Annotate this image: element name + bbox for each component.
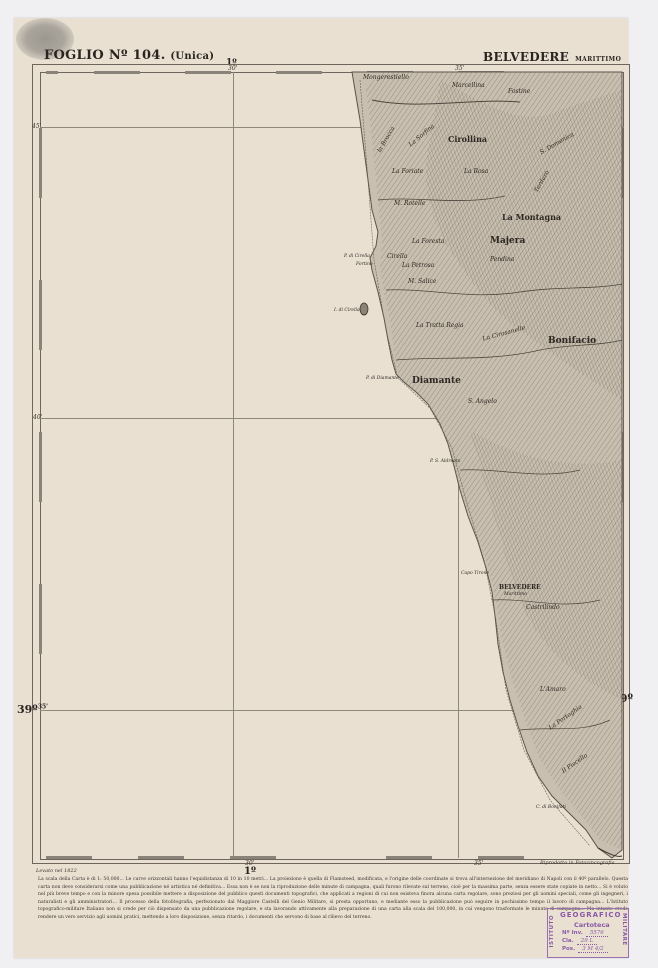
left-lat-39: 39º35' <box>17 703 48 716</box>
place-label: P. S. Aldreato <box>430 459 460 464</box>
sheet-note: (Unica) <box>170 51 214 62</box>
map-title-sub: MARITTIMO <box>575 56 621 63</box>
inventory-stamp: GEOGRAFICO Cartoteca ISTITUTO MILITARE N… <box>547 908 629 958</box>
place-label: Capo Tirone <box>461 571 489 576</box>
stamp-left-side: ISTITUTO <box>549 915 555 947</box>
parallel-40 <box>40 418 624 419</box>
place-label: P. di Cirella <box>344 254 370 259</box>
scale-bar <box>46 71 58 74</box>
stamp-top: GEOGRAFICO <box>560 911 622 919</box>
place-label: La Montagna <box>502 212 561 222</box>
scale-bar <box>386 856 432 859</box>
right-lat-45: 45' <box>600 118 609 125</box>
scale-bar <box>138 856 184 859</box>
town-label: Bonifacio <box>548 336 596 346</box>
sheet-label: FOGLIO <box>44 48 104 63</box>
left-lat-45: 45' <box>32 123 41 130</box>
place-label: La Tratta Regia <box>416 322 464 329</box>
top-minutes-left: 30' <box>228 65 237 72</box>
place-label: La Foresta <box>412 238 444 245</box>
place-label: La Foriate <box>392 168 423 175</box>
place-label: Cirollina <box>448 134 487 144</box>
stamp-cla-row: Cla.29 L <box>562 938 597 944</box>
meridian-30 <box>233 72 234 858</box>
map-explanatory-notes: La scala della Carta è di 1: 50,000... L… <box>38 876 628 921</box>
place-label: Mongerestiello <box>363 74 409 81</box>
scale-bar <box>39 280 42 350</box>
place-label: P. di Diamante <box>366 376 399 381</box>
place-label: Marittimo <box>504 592 527 597</box>
place-label: La Petrosa <box>402 262 434 269</box>
bottom-minutes-right: 35' <box>474 860 483 867</box>
reproduction-note: Riprodotto in Fotozincografia <box>540 860 615 866</box>
place-label: Marcellina <box>452 82 485 89</box>
place-label: C. di Bonifati <box>536 805 566 810</box>
scale-bar <box>39 584 42 654</box>
meridian-35 <box>458 72 459 858</box>
place-label: Castrilindo <box>526 604 560 611</box>
parallel-35 <box>40 710 624 711</box>
left-lat-40: 40' <box>33 414 42 421</box>
scale-bar <box>185 71 231 74</box>
scale-bar <box>46 856 92 859</box>
stamp-pos-row: Pos.3 M 4/2 <box>562 946 608 952</box>
town-label: Majera <box>490 236 525 246</box>
place-label: Pendina <box>490 256 514 263</box>
scale-bar <box>620 128 623 198</box>
place-label: Fostine <box>508 88 530 95</box>
place-label: M. Salice <box>408 278 436 285</box>
scale-bar <box>458 71 504 74</box>
top-minutes-right: 35' <box>455 65 464 72</box>
surveyed-note: Levato nel 1822 <box>36 868 77 874</box>
scale-bar <box>39 128 42 198</box>
town-label: Diamante <box>412 376 461 386</box>
map-title: BELVEDEREMARITTIMO <box>483 50 621 64</box>
place-label: I. di Cirella <box>334 308 360 313</box>
sheet-title: FOGLIO Nº 104. (Unica) <box>44 48 214 63</box>
stamp-inv-row: Nº Inv.5576 <box>562 930 608 936</box>
place-label: M. Rotelle <box>394 200 425 207</box>
scale-bar <box>230 856 276 859</box>
scale-bar <box>620 432 623 502</box>
scale-bar <box>39 432 42 502</box>
right-lat-40: 40' <box>603 409 612 416</box>
place-label: S. Angelo <box>468 398 497 405</box>
scale-bar <box>94 71 140 74</box>
right-lat-39: 35 39º <box>600 692 633 705</box>
stamp-middle: Cartoteca <box>574 921 610 929</box>
stamp-right-side: MILITARE <box>621 913 627 946</box>
scale-bar <box>276 71 322 74</box>
place-label: Cirella <box>387 253 407 260</box>
scale-bar <box>478 856 524 859</box>
place-label: Fortino <box>356 262 373 267</box>
map-title-main: BELVEDERE <box>483 50 569 64</box>
parallel-45 <box>40 127 624 128</box>
town-label: BELVEDERE <box>499 584 541 591</box>
place-label: La Rosa <box>464 168 488 175</box>
sheet-number: Nº 104. <box>109 48 166 63</box>
place-label: L'Amaro <box>540 686 566 693</box>
